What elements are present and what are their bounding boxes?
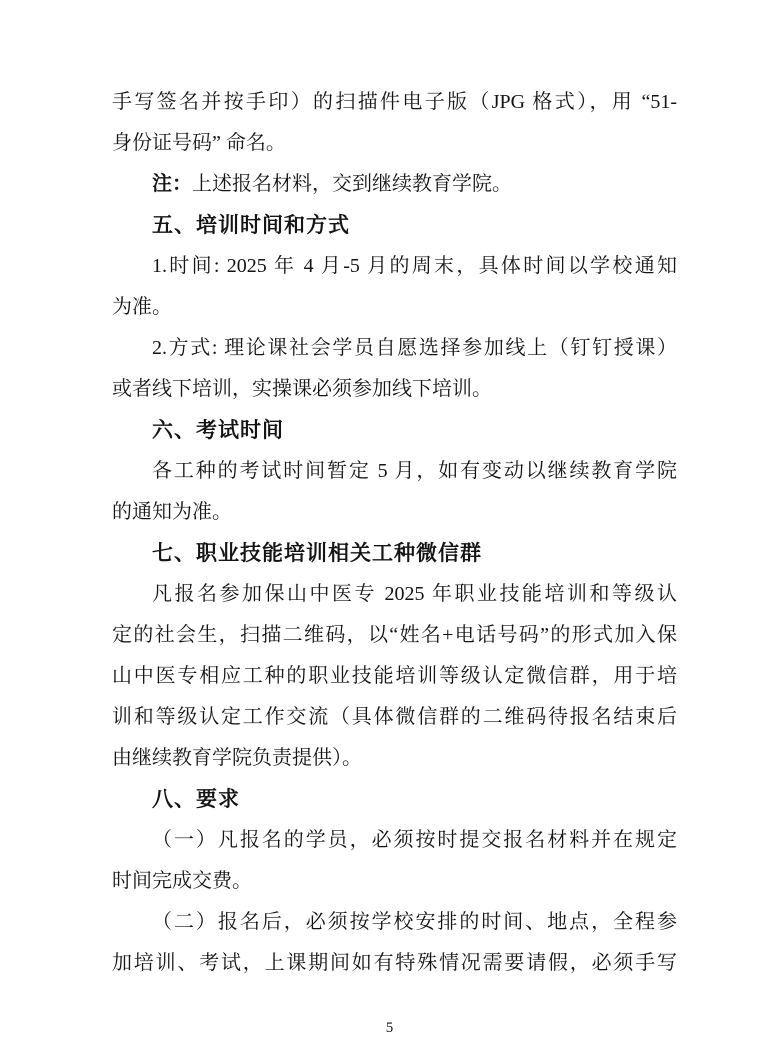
paragraph-line: 手写签名并按手印）的扫描件电子版（JPG 格式），用 “51- [112, 82, 677, 123]
paragraph-line: 凡报名参加保山中医专 2025 年职业技能培训和等级认 [112, 574, 677, 615]
heading-section-8: 八、要求 [112, 779, 677, 820]
note-text: 上述报名材料，交到继续教育学院。 [192, 173, 512, 195]
paragraph-line: 各工种的考试时间暂定 5 月，如有变动以继续教育学院 [112, 451, 677, 492]
document-page: 手写签名并按手印）的扫描件电子版（JPG 格式），用 “51- 身份证号码” 命… [0, 0, 779, 1046]
paragraph-line: 2.方式: 理论课社会学员自愿选择参加线上（钉钉授课） [112, 328, 677, 369]
paragraph-line: 由继续教育学院负责提供）。 [112, 738, 677, 779]
paragraph-line: 定的社会生，扫描二维码，以“姓名+电话号码”的形式加入保 [112, 615, 677, 656]
paragraph-line: 训和等级认定工作交流（具体微信群的二维码待报名结束后 [112, 697, 677, 738]
paragraph-line: 的通知为准。 [112, 492, 677, 533]
paragraph-line: 或者线下培训，实操课必须参加线下培训。 [112, 369, 677, 410]
note-label: 注： [152, 173, 192, 195]
heading-section-6: 六、考试时间 [112, 410, 677, 451]
heading-section-5: 五、培训时间和方式 [112, 205, 677, 246]
paragraph-line: （二）报名后，必须按学校安排的时间、地点，全程参 [112, 902, 677, 943]
page-number: 5 [0, 1020, 779, 1037]
heading-section-7: 七、职业技能培训相关工种微信群 [112, 533, 677, 574]
paragraph-line: （一）凡报名的学员，必须按时提交报名材料并在规定 [112, 820, 677, 861]
note-line: 注：上述报名材料，交到继续教育学院。 [112, 164, 677, 205]
document-body: 手写签名并按手印）的扫描件电子版（JPG 格式），用 “51- 身份证号码” 命… [112, 82, 677, 984]
paragraph-line: 山中医专相应工种的职业技能培训等级认定微信群，用于培 [112, 656, 677, 697]
paragraph-line: 为准。 [112, 287, 677, 328]
paragraph-line: 时间完成交费。 [112, 861, 677, 902]
paragraph-line: 身份证号码” 命名。 [112, 123, 677, 164]
paragraph-line: 加培训、考试，上课期间如有特殊情况需要请假，必须手写 [112, 943, 677, 984]
paragraph-line: 1.时间: 2025 年 4 月-5 月的周末，具体时间以学校通知 [112, 246, 677, 287]
